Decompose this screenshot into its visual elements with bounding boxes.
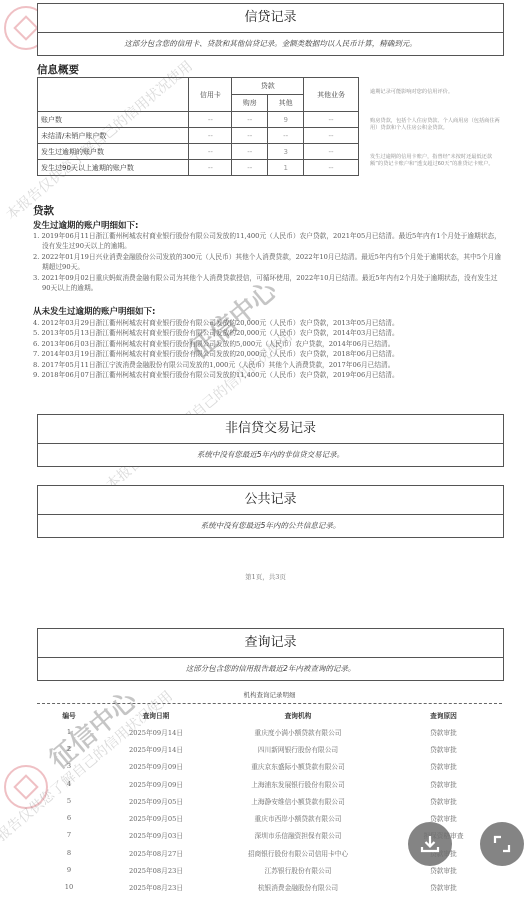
- cell-reason: 贷款审批: [385, 740, 502, 757]
- cell-date: 2025年09月14日: [101, 740, 211, 757]
- loans-heading: 贷款: [33, 203, 54, 218]
- row-label: 未结清/未销户账户数: [38, 128, 189, 144]
- cell: --: [304, 112, 359, 128]
- section-subtitle: 系统中没有您最近5年内的公共信息记录。: [38, 515, 503, 537]
- loan-item: 4. 2012年03月29日浙江衢州柯城农村商业银行股份有限公司发放的20,00…: [33, 318, 505, 328]
- cell-org: 上海浦东发展银行股份有限公司: [211, 775, 385, 792]
- section-title: 查询记录: [38, 629, 503, 658]
- loan-item: 3. 2021年09月02日重庆蚂蚁消费金融有限公司为其他个人消费贷款授信，可循…: [33, 273, 505, 294]
- cell-no: 1: [37, 723, 101, 740]
- table-row: 22025年09月14日四川新网银行股份有限公司贷款审批: [37, 740, 502, 757]
- query-table-caption: 机构查询记录明细: [37, 690, 502, 699]
- fullscreen-icon: [491, 833, 513, 855]
- table-row: 42025年09月09日上海浦东发展银行股份有限公司贷款审批: [37, 775, 502, 792]
- cell-date: 2025年09月05日: [101, 809, 211, 826]
- cell-no: 7: [37, 827, 101, 844]
- cell-reason: 贷款审批: [385, 758, 502, 775]
- header-blank: [38, 78, 189, 112]
- cell: --: [189, 144, 232, 160]
- table-row: 账户数 -- -- 9 --: [38, 112, 359, 128]
- section-title: 非信贷交易记录: [38, 415, 503, 444]
- cell-date: 2025年09月14日: [101, 723, 211, 740]
- cell: --: [268, 128, 304, 144]
- loan-item: 9. 2018年06月07日浙江衢州柯城农村商业银行股份有限公司发放的11,40…: [33, 370, 505, 380]
- overview-table: 信用卡 贷款 其他业务 购房 其他 账户数 -- -- 9 -- 未结清/未销户…: [37, 77, 359, 176]
- cell-reason: 贷款审批: [385, 809, 502, 826]
- cell-org: 四川新网银行股份有限公司: [211, 740, 385, 757]
- cell-reason: 贷款审批: [385, 861, 502, 878]
- header-loan: 贷款: [232, 78, 304, 95]
- section-subtitle: 系统中没有您最近5年内的非信贷交易记录。: [38, 444, 503, 466]
- overview-note: 逾期记录可能影响对您的信用评价。: [370, 89, 502, 96]
- cell-org: 江苏银行股份有限公司: [211, 861, 385, 878]
- cell-no: 2: [37, 740, 101, 757]
- section-subtitle: 这部分包含您的信用报告最近2年内被查询的记录。: [38, 658, 503, 680]
- overdue-loan-list: 1. 2019年06月11日浙江衢州柯城农村商业银行股份有限公司发放的11,40…: [33, 231, 505, 293]
- cell-reason: 贷款审批: [385, 792, 502, 809]
- header-other-business: 其他业务: [304, 78, 359, 112]
- table-row: 102025年08月23日杭银消费金融股份有限公司贷款审批: [37, 879, 502, 896]
- table-row: 32025年09月09日重庆京东盛际小额贷款有限公司贷款审批: [37, 758, 502, 775]
- query-record-section: 查询记录 这部分包含您的信用报告最近2年内被查询的记录。: [37, 628, 504, 681]
- cell-org: 杭银消费金融股份有限公司: [211, 879, 385, 896]
- cell: --: [189, 160, 232, 176]
- non-credit-section: 非信贷交易记录 系统中没有您最近5年内的非信贷交易记录。: [37, 414, 504, 467]
- overview-note: 购房贷款，包括个人住房贷款、个人商用房（包括商住两用）贷款和个人住房公积金贷款。: [370, 118, 502, 132]
- cell-no: 8: [37, 844, 101, 861]
- cell-reason: 贷款审批: [385, 723, 502, 740]
- cell-org: 深圳市乐信融资担保有限公司: [211, 827, 385, 844]
- cell: --: [304, 144, 359, 160]
- cell-date: 2025年08月23日: [101, 861, 211, 878]
- cell-reason: 贷款审批: [385, 775, 502, 792]
- no-overdue-loan-list: 4. 2012年03月29日浙江衢州柯城农村商业银行股份有限公司发放的20,00…: [33, 318, 505, 380]
- overview-note: 发生过逾期的信用卡账户，指曾经“未按时还最低还款额”的贷记卡账户和“透支超过60…: [370, 154, 502, 168]
- download-button[interactable]: [408, 822, 452, 866]
- row-label: 发生过逾期的账户数: [38, 144, 189, 160]
- cell: --: [304, 128, 359, 144]
- credit-record-section: 信贷记录 这部分包含您的信用卡、贷款和其他信贷记录。金额类数据均以人民币计算，精…: [37, 3, 504, 56]
- cell: --: [189, 128, 232, 144]
- public-record-section: 公共记录 系统中没有您最近5年内的公共信息记录。: [37, 485, 504, 538]
- cell-date: 2025年09月03日: [101, 827, 211, 844]
- cell: --: [232, 144, 268, 160]
- loan-item: 7. 2014年03月19日浙江衢州柯城农村商业银行股份有限公司发放的20,00…: [33, 349, 505, 359]
- divider: [37, 703, 502, 704]
- page-number: 第1页，共3页: [0, 572, 531, 581]
- loan-item: 2. 2022年01月19日兴业消费金融股份公司发放的300元（人民币）其他个人…: [33, 252, 505, 273]
- loan-item: 8. 2017年05月11日浙江宁波消费金融股份有限公司发放的1,000元（人民…: [33, 360, 505, 370]
- table-row: 发生过逾期的账户数 -- -- 3 --: [38, 144, 359, 160]
- header-other: 其他: [268, 95, 304, 112]
- fullscreen-button[interactable]: [480, 822, 524, 866]
- cell-date: 2025年09月09日: [101, 775, 211, 792]
- section-title: 信贷记录: [38, 4, 503, 33]
- cell-no: 10: [37, 879, 101, 896]
- overview-heading: 信息概要: [37, 62, 79, 77]
- header-no: 编号: [37, 707, 101, 723]
- cell-reason: 贷款审批: [385, 879, 502, 896]
- row-label: 发生过90天以上逾期的账户数: [38, 160, 189, 176]
- cell-org: 上海静安维信小额贷款有限公司: [211, 792, 385, 809]
- cell-no: 5: [37, 792, 101, 809]
- cell-date: 2025年08月23日: [101, 879, 211, 896]
- cell: --: [232, 128, 268, 144]
- section-subtitle: 这部分包含您的信用卡、贷款和其他信贷记录。金额类数据均以人民币计算，精确到元。: [38, 33, 503, 55]
- header-housing: 购房: [232, 95, 268, 112]
- cell-org: 重庆京东盛际小额贷款有限公司: [211, 758, 385, 775]
- cell-no: 6: [37, 809, 101, 826]
- cell: --: [232, 160, 268, 176]
- download-icon: [419, 833, 441, 855]
- overdue-heading: 发生过逾期的账户明细如下:: [33, 219, 138, 231]
- section-title: 公共记录: [38, 486, 503, 515]
- cell-org: 重庆度小满小额贷款有限公司: [211, 723, 385, 740]
- cell: 1: [268, 160, 304, 176]
- cell-no: 9: [37, 861, 101, 878]
- cell: --: [304, 160, 359, 176]
- credit-report-page: 本报告仅供您了解自己的信用状况使用 本报告仅供您了解自己的信用状况使用 本报告仅…: [0, 0, 531, 900]
- loan-item: 5. 2013年05月13日浙江衢州柯城农村商业银行股份有限公司发放的20,00…: [33, 328, 505, 338]
- header-org: 查询机构: [211, 707, 385, 723]
- cell: --: [189, 112, 232, 128]
- table-row: 未结清/未销户账户数 -- -- -- --: [38, 128, 359, 144]
- cell: 9: [268, 112, 304, 128]
- table-row: 12025年09月14日重庆度小满小额贷款有限公司贷款审批: [37, 723, 502, 740]
- cell: --: [232, 112, 268, 128]
- header-reason: 查询原因: [385, 707, 502, 723]
- cell-date: 2025年09月09日: [101, 758, 211, 775]
- loan-item: 1. 2019年06月11日浙江衢州柯城农村商业银行股份有限公司发放的11,40…: [33, 231, 505, 252]
- header-credit-card: 信用卡: [189, 78, 232, 112]
- cell-org: 重庆市西岸小额贷款有限公司: [211, 809, 385, 826]
- row-label: 账户数: [38, 112, 189, 128]
- query-table: 编号 查询日期 查询机构 查询原因 12025年09月14日重庆度小满小额贷款有…: [37, 707, 502, 896]
- cell-org: 招商银行股份有限公司信用卡中心: [211, 844, 385, 861]
- header-date: 查询日期: [101, 707, 211, 723]
- cell-no: 3: [37, 758, 101, 775]
- no-overdue-heading: 从未发生过逾期的账户明细如下:: [33, 305, 155, 317]
- cell-date: 2025年08月27日: [101, 844, 211, 861]
- cell-date: 2025年09月05日: [101, 792, 211, 809]
- cell: 3: [268, 144, 304, 160]
- table-row: 52025年09月05日上海静安维信小额贷款有限公司贷款审批: [37, 792, 502, 809]
- table-row: 发生过90天以上逾期的账户数 -- -- 1 --: [38, 160, 359, 176]
- loan-item: 6. 2013年06月03日浙江衢州柯城农村商业银行股份有限公司发放的5,000…: [33, 339, 505, 349]
- cell-no: 4: [37, 775, 101, 792]
